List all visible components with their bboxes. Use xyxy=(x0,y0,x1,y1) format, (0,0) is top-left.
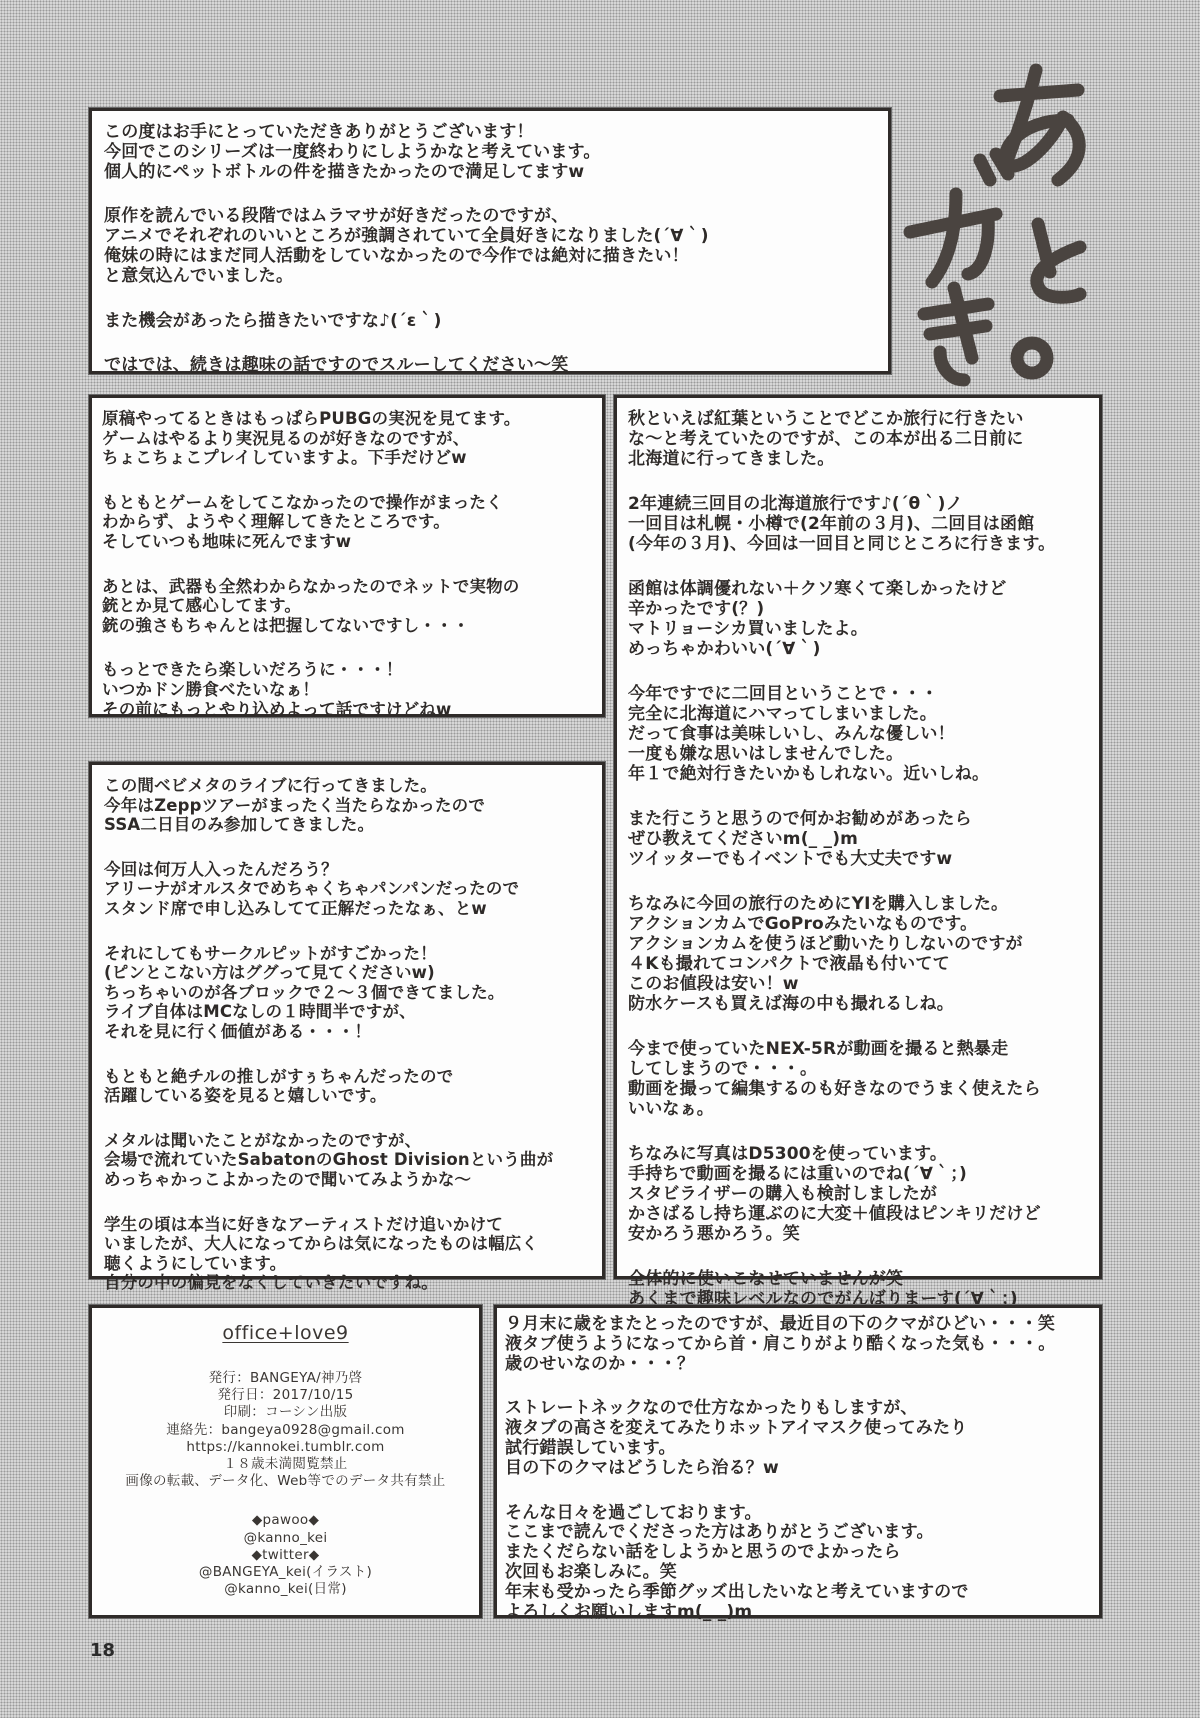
text-line: ちなみに写真はD5300を使っています。 xyxy=(628,1144,1099,1164)
text-line: 2年連続三回目の北海道旅行です♪(´θ｀)ノ xyxy=(628,494,1099,514)
paragraph: ストレートネックなので仕方なかったりもしますが、 液タブの高さを変えてみたりホッ… xyxy=(505,1399,1099,1478)
text-line: 学生の頃は本当に好きなアーティストだけ追いかけて xyxy=(104,1215,602,1235)
text-line: この度はお手にとっていただきありがとうございます！ xyxy=(104,123,888,143)
copy-prohibition-notice: 画像の転載、データ化、Web等でのデータ共有禁止 xyxy=(92,1473,479,1490)
paragraph: 2年連続三回目の北海道旅行です♪(´θ｀)ノ 一回目は札幌・小樽で(2年前の３月… xyxy=(628,494,1099,554)
text-line: 今まで使っていたNEX-5Rが動画を撮ると熱暴走 xyxy=(628,1039,1099,1059)
afterword-heading-art xyxy=(868,62,1098,392)
text-line: SSA二日目のみ参加してきました。 xyxy=(104,815,602,835)
pubg-box: 原稿やってるときはもっぱらPUBGの実況を見てます。 ゲームはやるより実況見るの… xyxy=(89,395,605,717)
paragraph: それにしてもサークルピットがすごかった！ (ピンとこない方はググって見てください… xyxy=(104,944,602,1042)
text-line: それを見に行く価値がある・・・！ xyxy=(104,1022,602,1042)
paragraph: ではでは、続きは趣味の話ですのでスルーしてください～笑 xyxy=(104,356,888,376)
text-line: ここまで読んでくださった方はありがとうございます。 xyxy=(505,1523,1099,1543)
paragraph: また機会があったら描きたいですな♪(´ε｀) xyxy=(104,312,888,332)
text-line: 年１で絶対行きたいかもしれない。近いしね。 xyxy=(628,764,1099,784)
text-line: 防水ケースも買えば海の中も撮れるしね。 xyxy=(628,994,1099,1014)
text-line: ９月末に歳をまたとったのですが、最近目の下のクマがひどい・・・笑 xyxy=(505,1315,1099,1335)
hokkaido-travel-box: 秋といえば紅葉ということでどこか旅行に行きたい な～と考えていたのですが、この本… xyxy=(614,395,1102,1279)
text-line: そしていつも地味に死んでますw xyxy=(102,532,602,552)
twitter-illust-handle: @BANGEYA_kei(イラスト) xyxy=(92,1564,479,1581)
text-line: 自分の中の偏見をなくしていきたいですね。 xyxy=(104,1273,602,1293)
paragraph: この間ベビメタのライブに行ってきました。 今年はZeppツアーがまったく当たらな… xyxy=(104,776,602,835)
closing-text: ９月末に歳をまたとったのですが、最近目の下のクマがひどい・・・笑 液タブ使うよう… xyxy=(505,1315,1099,1622)
paragraph: ９月末に歳をまたとったのですが、最近目の下のクマがひどい・・・笑 液タブ使うよう… xyxy=(505,1315,1099,1374)
text-line: もっとできたら楽しいだろうに・・・！ xyxy=(102,660,602,680)
text-line: 辛かったです(？) xyxy=(628,599,1099,619)
text-line: アクションカムを使うほど動いたりしないのですが xyxy=(628,934,1099,954)
paragraph: もともとゲームをしてこなかったので操作がまったく わからず、ようやく理解してきた… xyxy=(102,493,602,552)
text-line: ４Kも撮れてコンパクトで液晶も付いてて xyxy=(628,954,1099,974)
publisher: 発行：BANGEYA/神乃啓 xyxy=(92,1370,479,1387)
text-line: だって食事は美味しいし、みんな優しい！ xyxy=(628,724,1099,744)
text-line: (ピンとこない方はググって見てくださいw) xyxy=(104,963,602,983)
text-line: 銃の強さもちゃんとは把握してないですし・・・ xyxy=(102,616,602,636)
text-line: 完全に北海道にハマってしまいました。 xyxy=(628,704,1099,724)
text-line: アクションカムでGoProみたいなものです。 xyxy=(628,914,1099,934)
text-line: 安かろう悪かろう。笑 xyxy=(628,1224,1099,1244)
text-line: わからず、ようやく理解してきたところです。 xyxy=(102,512,602,532)
text-line: またくだらない話をしようかと思うのでよかったら xyxy=(505,1543,1099,1563)
text-line: 聴くようにしています。 xyxy=(104,1254,602,1274)
text-line: 活躍している姿を見ると嬉しいです。 xyxy=(104,1086,602,1106)
paragraph: 秋といえば紅葉ということでどこか旅行に行きたい な～と考えていたのですが、この本… xyxy=(628,409,1099,469)
text-line: 個人的にペットボトルの件を描きたかったので満足してますw xyxy=(104,163,888,183)
text-line: もともとゲームをしてこなかったので操作がまったく xyxy=(102,493,602,513)
text-line: あとは、武器も全然わからなかったのでネットで実物の xyxy=(102,577,602,597)
paragraph: 今まで使っていたNEX-5Rが動画を撮ると熱暴走 してしまうので・・・。 動画を… xyxy=(628,1039,1099,1119)
text-line: 年末も受かったら季節グッズ出したいなと考えていますので xyxy=(505,1583,1099,1603)
paragraph: また行こうと思うので何かお勧めがあったら ぜひ教えてくださいm(_ _)m ツイ… xyxy=(628,809,1099,869)
text-line: めっちゃかわいい(´∀｀) xyxy=(628,639,1099,659)
text-line: また機会があったら描きたいですな♪(´ε｀) xyxy=(104,312,888,332)
text-line: 液タブ使うようになってから首・肩こりがより酷くなった気も・・・。 xyxy=(505,1335,1099,1355)
live-concert-box: この間ベビメタのライブに行ってきました。 今年はZeppツアーがまったく当たらな… xyxy=(89,762,605,1279)
text-line: いつかドン勝食べたいなぁ！ xyxy=(102,680,602,700)
paragraph: 函館は体調優れない＋クソ寒くて楽しかったけど 辛かったです(？) マトリョーシカ… xyxy=(628,579,1099,659)
text-line: マトリョーシカ買いましたよ。 xyxy=(628,619,1099,639)
text-line: 秋といえば紅葉ということでどこか旅行に行きたい xyxy=(628,409,1099,429)
text-line: 北海道に行ってきました。 xyxy=(628,449,1099,469)
text-line: 原作を読んでいる段階ではムラマサが好きだったのですが、 xyxy=(104,207,888,227)
paragraph: 全体的に使いこなせていませんが笑 あくまで趣味レベルなのでがんばりまーす(´∀｀… xyxy=(628,1269,1099,1309)
paragraph: メタルは聞いたことがなかったのですが、 会場で流れていたSabatonのGhos… xyxy=(104,1131,602,1190)
text-line: 試行錯誤しています。 xyxy=(505,1439,1099,1459)
text-line: 一度も嫌な思いはしませんでした。 xyxy=(628,744,1099,764)
text-line: 今年はZeppツアーがまったく当たらなかったので xyxy=(104,796,602,816)
text-line: ちっちゃいのが各ブロックで２～３個できてました。 xyxy=(104,983,602,1003)
paragraph: もっとできたら楽しいだろうに・・・！ いつかドン勝食べたいなぁ！ その前にもっと… xyxy=(102,660,602,719)
text-line: 函館は体調優れない＋クソ寒くて楽しかったけど xyxy=(628,579,1099,599)
text-line: 液タブの高さを変えてみたりホットアイマスク使ってみたり xyxy=(505,1419,1099,1439)
printer: 印刷：コーシン出版 xyxy=(92,1404,479,1421)
text-line: それにしてもサークルピットがすごかった！ xyxy=(104,944,602,964)
text-line: この間ベビメタのライブに行ってきました。 xyxy=(104,776,602,796)
text-line: 全体的に使いこなせていませんが笑 xyxy=(628,1269,1099,1289)
text-line: 動画を撮って編集するのも好きなのでうまく使えたら xyxy=(628,1079,1099,1099)
text-line: スタンド席で申し込みしてて正解だったなぁ、とw xyxy=(104,899,602,919)
paragraph: 原稿やってるときはもっぱらPUBGの実況を見てます。 ゲームはやるより実況見るの… xyxy=(102,409,602,468)
text-line: な～と考えていたのですが、この本が出る二日前に xyxy=(628,429,1099,449)
pubg-text: 原稿やってるときはもっぱらPUBGの実況を見てます。 ゲームはやるより実況見るの… xyxy=(102,409,602,719)
text-line: かさばるし持ち運ぶのに大変＋値段はピンキリだけど xyxy=(628,1204,1099,1224)
text-line: もともと絶チルの推しがすぅちゃんだったので xyxy=(104,1067,602,1087)
travel-text: 秋といえば紅葉ということでどこか旅行に行きたい な～と考えていたのですが、この本… xyxy=(628,409,1099,1309)
text-line: いましたが、大人になってからは気になったものは幅広く xyxy=(104,1234,602,1254)
book-title: office+love9 xyxy=(92,1322,479,1344)
page-number: 18 xyxy=(90,1640,115,1661)
pawoo-handle: @kanno_kei xyxy=(92,1530,479,1547)
text-line: (今年の３月)、今回は一回目と同じところに行きます。 xyxy=(628,534,1099,554)
contact-email: 連絡先：bangeya0928@gmail.com xyxy=(92,1422,479,1439)
text-line: このお値段は安い！w xyxy=(628,974,1099,994)
text-line: スタビライザーの購入も検討しましたが xyxy=(628,1184,1099,1204)
text-line: ツイッターでもイベントでも大丈夫ですw xyxy=(628,849,1099,869)
text-line: と意気込んでいました。 xyxy=(104,267,888,287)
text-line: ではでは、続きは趣味の話ですのでスルーしてください～笑 xyxy=(104,356,888,376)
website-url: https://kannokei.tumblr.com xyxy=(92,1439,479,1456)
text-line: 歳のせいなのか・・・？ xyxy=(505,1355,1099,1375)
text-line: 手持ちで動画を撮るには重いのでね(´∀｀；) xyxy=(628,1164,1099,1184)
text-line: よろしくお願いしますm(_ _)m xyxy=(505,1603,1099,1623)
text-line: めっちゃかっこよかったので聞いてみようかな～ xyxy=(104,1170,602,1190)
text-line: ぜひ教えてくださいm(_ _)m xyxy=(628,829,1099,849)
text-line: 目の下のクマはどうしたら治る？w xyxy=(505,1459,1099,1479)
text-line: 今回は何万人入ったんだろう？ xyxy=(104,860,602,880)
text-line: そんな日々を過ごしております。 xyxy=(505,1504,1099,1524)
intro-text: この度はお手にとっていただきありがとうございます！ 今回でこのシリーズは一度終わ… xyxy=(104,123,888,376)
text-line: ゲームはやるより実況見るのが好きなのですが、 xyxy=(102,429,602,449)
paragraph: 今年ですでに二回目ということで・・・ 完全に北海道にハマってしまいました。 だっ… xyxy=(628,684,1099,784)
text-line: また行こうと思うので何かお勧めがあったら xyxy=(628,809,1099,829)
paragraph: あとは、武器も全然わからなかったのでネットで実物の 銃とか見て感心してます。 銃… xyxy=(102,577,602,636)
text-line: ライブ自体はMCなしの１時間半ですが、 xyxy=(104,1002,602,1022)
paragraph: 今回は何万人入ったんだろう？ アリーナがオルスタでめちゃくちゃパンパンだったので… xyxy=(104,860,602,919)
text-line: 今回でこのシリーズは一度終わりにしようかなと考えています。 xyxy=(104,143,888,163)
afterword-heading xyxy=(868,62,1098,392)
text-line: アリーナがオルスタでめちゃくちゃパンパンだったので xyxy=(104,879,602,899)
closing-box: ９月末に歳をまたとったのですが、最近目の下のクマがひどい・・・笑 液タブ使うよう… xyxy=(494,1305,1102,1618)
spacer xyxy=(92,1490,479,1512)
paragraph: ちなみに今回の旅行のためにYIを購入しました。 アクションカムでGoProみたい… xyxy=(628,894,1099,1014)
text-line: 原稿やってるときはもっぱらPUBGの実況を見てます。 xyxy=(102,409,602,429)
paragraph: ちなみに写真はD5300を使っています。 手持ちで動画を撮るには重いのでね(´∀… xyxy=(628,1144,1099,1244)
intro-box: この度はお手にとっていただきありがとうございます！ 今回でこのシリーズは一度終わ… xyxy=(89,108,891,374)
text-line: 一回目は札幌・小樽で(2年前の３月)、二回目は函館 xyxy=(628,514,1099,534)
live-text: この間ベビメタのライブに行ってきました。 今年はZeppツアーがまったく当たらな… xyxy=(104,776,602,1293)
text-line: 会場で流れていたSabatonのGhost Divisionという曲が xyxy=(104,1150,602,1170)
paragraph: 原作を読んでいる段階ではムラマサが好きだったのですが、 アニメでそれぞれのいいと… xyxy=(104,207,888,286)
text-line: ちなみに今回の旅行のためにYIを購入しました。 xyxy=(628,894,1099,914)
paragraph: この度はお手にとっていただきありがとうございます！ 今回でこのシリーズは一度終わ… xyxy=(104,123,888,182)
twitter-daily-handle: @kanno_kei(日常) xyxy=(92,1581,479,1598)
paragraph: そんな日々を過ごしております。 ここまで読んでくださった方はありがとうございます… xyxy=(505,1504,1099,1623)
text-line: アニメでそれぞれのいいところが強調されていて全員好きになりました(´∀｀) xyxy=(104,227,888,247)
text-line: いいなぁ。 xyxy=(628,1099,1099,1119)
text-line: 今年ですでに二回目ということで・・・ xyxy=(628,684,1099,704)
colophon-box: office+love9 発行：BANGEYA/神乃啓 発行日：2017/10/… xyxy=(89,1305,482,1618)
paragraph: もともと絶チルの推しがすぅちゃんだったので 活躍している姿を見ると嬉しいです。 xyxy=(104,1067,602,1106)
pawoo-label: ◆pawoo◆ xyxy=(92,1512,479,1529)
publish-date: 発行日：2017/10/15 xyxy=(92,1387,479,1404)
text-line: その前にもっとやり込めよって話ですけどねw xyxy=(102,700,602,720)
text-line: ストレートネックなので仕方なかったりもしますが、 xyxy=(505,1399,1099,1419)
text-line: 次回もお楽しみに。笑 xyxy=(505,1563,1099,1583)
paragraph: 学生の頃は本当に好きなアーティストだけ追いかけて いましたが、大人になってからは… xyxy=(104,1215,602,1293)
text-line: 俺妹の時にはまだ同人活動をしていなかったので今作では絶対に描きたい！ xyxy=(104,247,888,267)
age-restriction-notice: １８歳未満閲覧禁止 xyxy=(92,1456,479,1473)
text-line: 銃とか見て感心してます。 xyxy=(102,596,602,616)
twitter-label: ◆twitter◆ xyxy=(92,1547,479,1564)
text-line: してしまうので・・・。 xyxy=(628,1059,1099,1079)
text-line: メタルは聞いたことがなかったのですが、 xyxy=(104,1131,602,1151)
text-line: ちょこちょこプレイしていますよ。下手だけどw xyxy=(102,448,602,468)
